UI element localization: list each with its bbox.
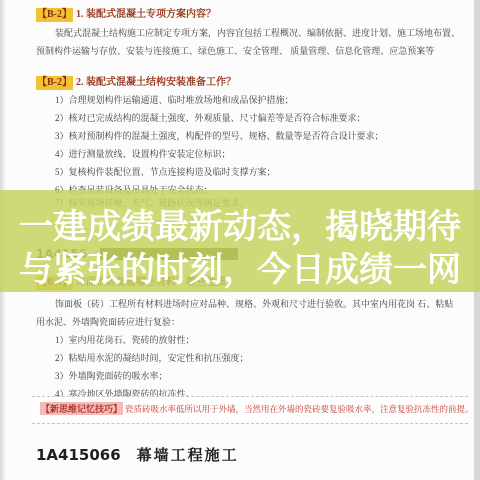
list-item: 2）核对已完成结构的混凝土强度、外观质量、尺寸偏差等是否符合标准要求； — [55, 112, 366, 125]
list-item: 2）粘贴用水泥的凝结时间，安定性和抗压强度； — [55, 352, 249, 365]
document-page: 【B-2】1. 装配式混凝土专项方案内容？ 装配式混凝土结构施工应制定专项方案，… — [0, 0, 480, 480]
q3-paragraph-line-2: 用水泥、外墙陶瓷面砖应进行复验： — [36, 316, 180, 329]
question-2-tag: 【B-2】 — [36, 76, 73, 90]
list-item: 4）进行测量放线、设置构件安装定位标识； — [55, 148, 231, 161]
question-2-line: 【B-2】2. 装配式混凝土结构安装准备工作？ — [36, 76, 236, 90]
list-item: 1）合理规划构件运输通道、临时堆放场地和成品保护措施； — [55, 94, 294, 107]
memory-tip-line: 【新思维记忆技巧】瓷质砖吸水率低所以用于外墙，当然用在外墙的瓷砖要复验吸水率，注… — [40, 402, 474, 415]
q1-paragraph-line-1: 装配式混凝土结构施工应制定专项方案，内容宜包括工程概况、编制依据、进度计划、施工… — [55, 27, 460, 40]
q3-paragraph-line-1: 饰面板（砖）工程所有材料进场时应对品种、规格、外观和尺寸进行验收。其中室内用花岗… — [55, 298, 453, 311]
section-heading: 1A415066幕墙工程施工 — [36, 444, 239, 465]
section-title: 幕墙工程施工 — [137, 448, 239, 464]
list-item: 3）核对预制构件的混凝土强度，构配件的型号、规格、数量等是否符合设计要求； — [55, 130, 384, 143]
question-1-title: 1. 装配式混凝土专项方案内容？ — [76, 9, 216, 20]
memory-tip-text: 瓷质砖吸水率低所以用于外墙，当然用在外墙的瓷砖要复验吸水率，注意复验抗冻性的前提… — [125, 404, 474, 414]
banner-title-line-1: 一建成绩最新动态，揭晓期待 — [0, 209, 480, 245]
list-item: 3）外墙陶瓷面砖的吸水率； — [55, 370, 168, 383]
list-item: 5）复核构件装配位置、节点连接构造及临时支撑方案； — [55, 166, 276, 179]
section-code: 1A415066 — [36, 446, 121, 464]
question-1-tag: 【B-2】 — [36, 8, 73, 22]
q1-paragraph-line-2: 预制构件运输与存放、安装与连接施工、绿色施工、安全管理、 质量管理、信息化管理、… — [36, 45, 434, 58]
list-item: 1）室内用花岗石、瓷砖的放射性； — [55, 334, 195, 347]
memory-tip-tag: 【新思维记忆技巧】 — [40, 402, 123, 415]
banner-title-line-2: 与紧张的时刻，今日成绩一网 — [0, 252, 480, 288]
question-1-line: 【B-2】1. 装配式混凝土专项方案内容？ — [36, 8, 216, 22]
memory-tip-box: 【新思维记忆技巧】瓷质砖吸水率低所以用于外墙，当然用在外墙的瓷砖要复验吸水率，注… — [32, 396, 468, 424]
question-2-title: 2. 装配式混凝土结构安装准备工作？ — [76, 77, 236, 88]
